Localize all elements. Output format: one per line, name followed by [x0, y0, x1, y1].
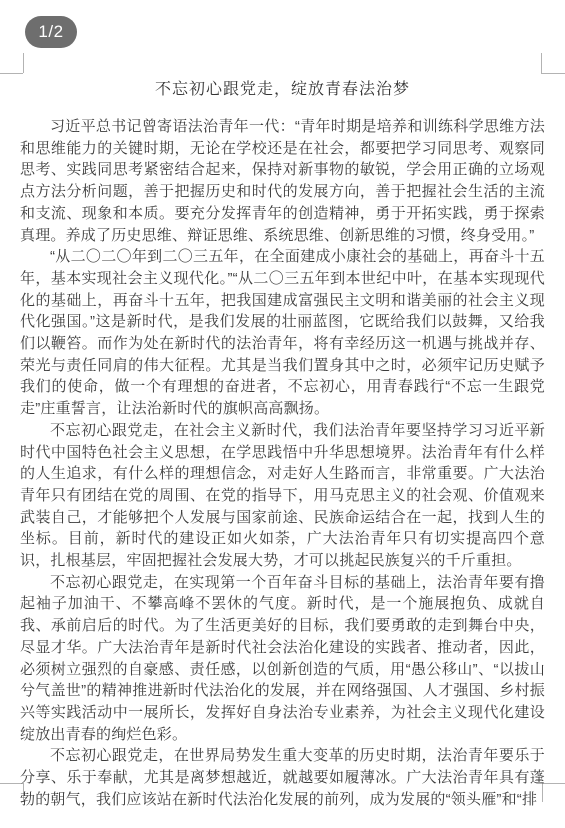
document-page: 1/2 不忘初心跟党走，绽放青春法治梦 习近平总书记曾寄语法治青年一代：“青年时… — [0, 0, 565, 828]
paragraph-4: 不忘初心跟党走，在实现第一个百年奋斗目标的基础上，法治青年要有撸起袖子加油干、不… — [20, 572, 545, 746]
crop-mark-top-right-vertical — [541, 53, 542, 73]
crop-mark-top-left-vertical — [23, 53, 24, 73]
crop-mark-top-left-horizontal — [0, 73, 23, 74]
page-indicator-badge: 1/2 — [25, 16, 77, 48]
paragraph-2: “从二〇二〇年到二〇三五年，在全面建成小康社会的基础上，再奋斗十五年，基本实现社… — [20, 246, 545, 420]
paragraph-5: 不忘初心跟党走，在世界局势发生重大变革的历史时期，法治青年要乐于分享、乐于奉献，… — [20, 745, 545, 810]
paragraph-3: 不忘初心跟党走，在社会主义新时代，我们法治青年要坚持学习习近平新时代中国特色社会… — [20, 420, 545, 572]
document-title: 不忘初心跟党走，绽放青春法治梦 — [20, 76, 545, 99]
document-body: 习近平总书记曾寄语法治青年一代：“青年时期是培养和训练科学思维方法和思维能力的关… — [20, 116, 545, 811]
paragraph-1: 习近平总书记曾寄语法治青年一代：“青年时期是培养和训练科学思维方法和思维能力的关… — [20, 116, 545, 246]
crop-mark-top-right-horizontal — [541, 73, 565, 74]
crop-mark-bottom-right-horizontal — [542, 783, 565, 784]
document-content: 不忘初心跟党走，绽放青春法治梦 习近平总书记曾寄语法治青年一代：“青年时期是培养… — [20, 76, 545, 811]
